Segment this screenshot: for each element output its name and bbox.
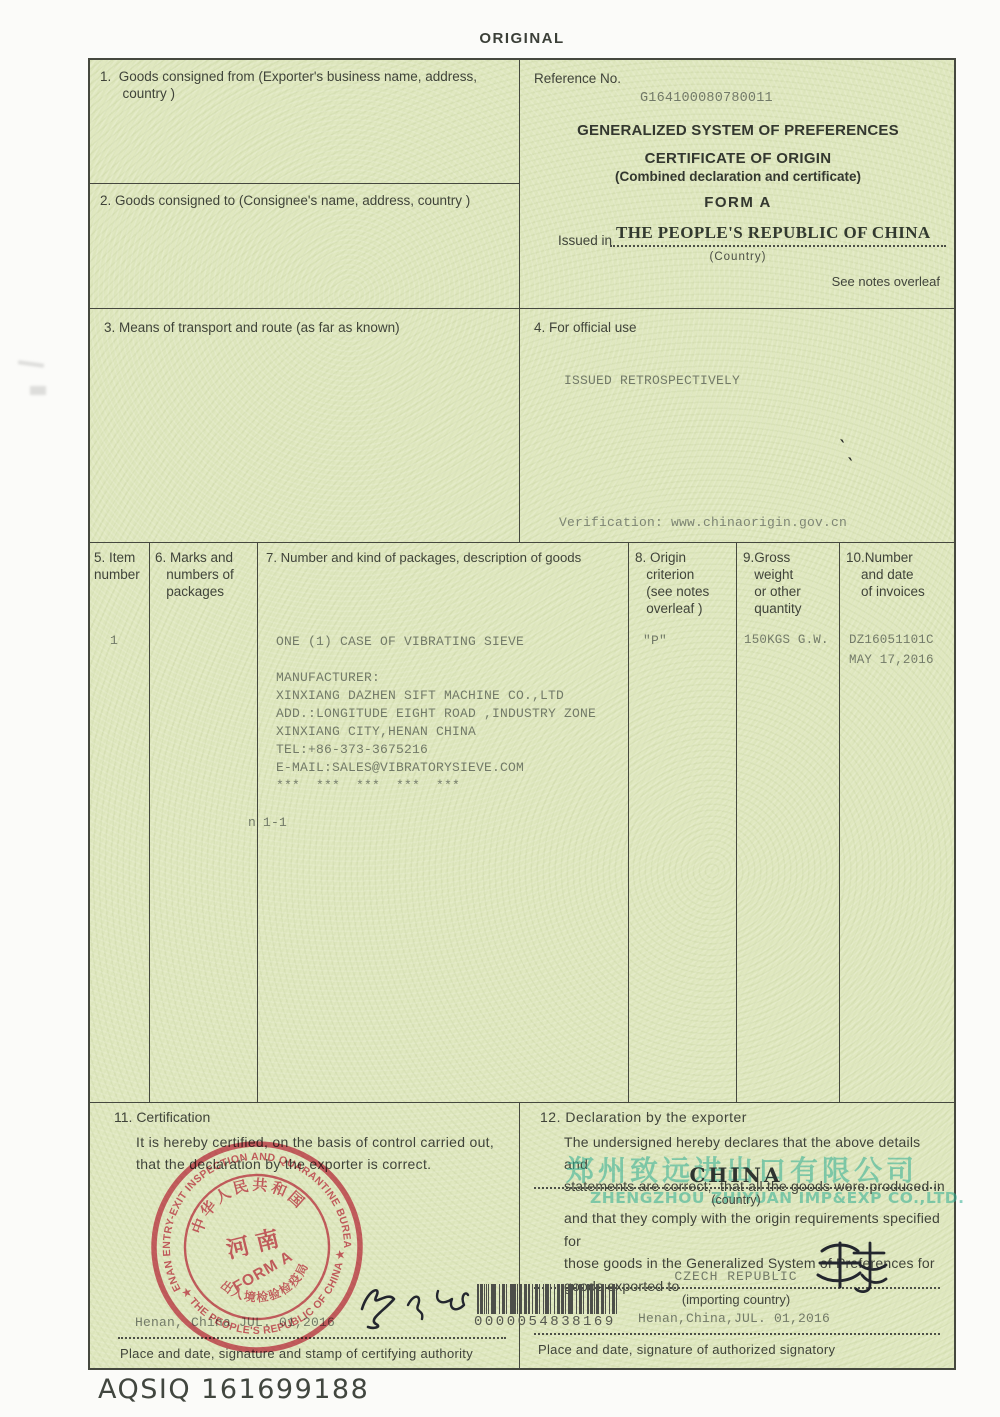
verification-url-text: Verification: www.chinaorigin.gov.cn xyxy=(559,515,847,530)
gsp-title: GENERALIZED SYSTEM OF PREFERENCES xyxy=(520,122,956,139)
exporter-dotted-line xyxy=(534,1333,940,1335)
exporter-handwritten-signature xyxy=(812,1237,896,1299)
col-8-origin-criterion: 8. Origin criterion (see notes overleaf … xyxy=(629,543,737,1103)
country-caption: (country) xyxy=(540,1193,932,1207)
ink-mark: ` xyxy=(836,437,846,458)
certificate-title: CERTIFICATE OF ORIGIN xyxy=(520,150,956,167)
pagination-line: n1-1 xyxy=(248,815,287,830)
box-4-official-use: 4. For official use ISSUED RETROSPECTIVE… xyxy=(520,309,956,543)
col-5-item-number: 5. Item number 1 xyxy=(90,543,150,1103)
col-6-marks-numbers: 6. Marks and numbers of packages xyxy=(150,543,258,1103)
barcode xyxy=(477,1284,619,1314)
country-dotted-line xyxy=(534,1187,940,1189)
stray-mark: n xyxy=(248,815,256,830)
box-3-means-of-transport: 3. Means of transport and route (as far … xyxy=(90,309,520,543)
ink-mark: ` xyxy=(844,455,854,476)
box-1-goods-consigned-from: 1. Goods consigned from (Exporter's busi… xyxy=(90,60,520,184)
col-7-header: 7. Number and kind of packages, descript… xyxy=(266,549,628,566)
exporter-place-date: Henan,China,JUL. 01,2016 xyxy=(638,1311,830,1326)
col-8-header: 8. Origin criterion (see notes overleaf … xyxy=(635,549,709,617)
col-5-header: 5. Item number xyxy=(94,549,140,583)
col-9-header: 9.Gross weight or other quantity xyxy=(743,549,802,617)
produced-in-country-value: CHINA xyxy=(540,1163,932,1187)
origin-criterion-value: "P" xyxy=(643,633,667,648)
col-10-invoices: 10.Number and date of invoices DZ1605110… xyxy=(840,543,956,1103)
box-3-label: 3. Means of transport and route (as far … xyxy=(104,319,504,336)
col-10-header: 10.Number and date of invoices xyxy=(846,549,925,600)
issued-retrospectively-text: ISSUED RETROSPECTIVELY xyxy=(564,373,740,388)
item-number-value: 1 xyxy=(110,633,118,648)
see-notes-overleaf: See notes overleaf xyxy=(832,274,940,289)
aqsiq-serial-number: AQSIQ 161699188 xyxy=(98,1374,369,1405)
box-2-label: 2. Goods consigned to (Consignee's name,… xyxy=(100,192,514,209)
form-a-title: FORM A xyxy=(520,194,956,211)
box-11-certification: 11. Certification It is hereby certified… xyxy=(90,1103,520,1368)
scan-artifact xyxy=(18,360,44,368)
box-1-label: 1. Goods consigned from (Exporter's busi… xyxy=(100,68,510,102)
certificate-form: 1. Goods consigned from (Exporter's busi… xyxy=(88,58,956,1370)
certificate-subtitle: (Combined declaration and certificate) xyxy=(520,169,956,184)
reference-no-value: G164100080780011 xyxy=(640,91,773,106)
issued-in-label: Issued in xyxy=(558,232,612,249)
document-type-title: ORIGINAL xyxy=(88,30,956,47)
certifying-handwritten-signature xyxy=(352,1279,472,1333)
invoice-date-value: MAY 17,2016 xyxy=(849,653,934,667)
gross-weight-value: 150KGS G.W. xyxy=(744,633,829,647)
pagination-value: 1-1 xyxy=(263,815,287,830)
country-caption: (Country) xyxy=(520,251,956,263)
goods-description-text: ONE (1) CASE OF VIBRATING SIEVE MANUFACT… xyxy=(276,633,624,795)
invoice-number-value: DZ16051101C xyxy=(849,633,934,647)
box-4-label: 4. For official use xyxy=(534,319,637,336)
box-11-label: 11. Certification xyxy=(114,1109,210,1126)
col-9-gross-weight: 9.Gross weight or other quantity 150KGS … xyxy=(737,543,840,1103)
reference-no-label: Reference No. xyxy=(534,70,621,87)
col-7-description: 7. Number and kind of packages, descript… xyxy=(258,543,629,1103)
scan-artifact xyxy=(30,386,46,395)
issued-in-dotted-line xyxy=(610,245,946,247)
box-2-goods-consigned-to: 2. Goods consigned to (Consignee's name,… xyxy=(90,184,520,309)
certificate-header-cell: Reference No. G164100080780011 GENERALIZ… xyxy=(520,60,956,309)
issued-in-country-value: THE PEOPLE'S REPUBLIC OF CHINA xyxy=(616,223,931,243)
box-12-label: 12. Declaration by the exporter xyxy=(540,1109,747,1126)
exporter-footer-label: Place and date, signature of authorized … xyxy=(538,1341,835,1358)
col-6-header: 6. Marks and numbers of packages xyxy=(155,549,234,600)
barcode-digits: 0000054838169 xyxy=(474,1314,634,1330)
